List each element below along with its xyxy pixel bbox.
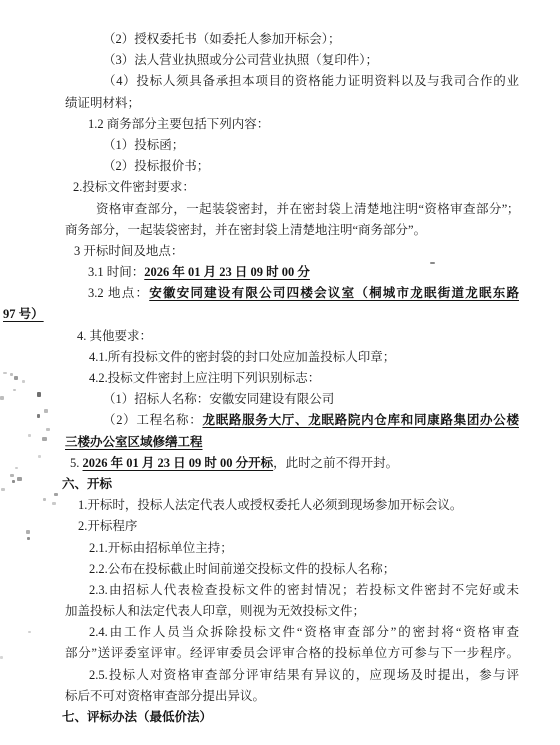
doc-line: 2.5.投标人对资格审查部分评审结果有异议的，应现场及时提出，参与评 bbox=[0, 665, 560, 686]
doc-line: 标后不可对资格审查部分提出异议。 bbox=[0, 686, 560, 707]
field-label: 3.2 地点： bbox=[88, 286, 149, 300]
doc-line: 绩证明材料； bbox=[0, 93, 560, 114]
doc-line: 加盖投标人和法定代表人印章，则视为无效投标文件； bbox=[0, 601, 560, 622]
scan-noise bbox=[52, 502, 56, 505]
doc-line: 2.投标文件密封要求： bbox=[0, 177, 560, 198]
doc-line: 2.2.公布在投标截止时间前递交投标文件的投标人名称； bbox=[0, 559, 560, 580]
doc-line-open-deadline: 5. 2026 年 01 月 23 日 09 时 00 分开标，此时之前不得开封… bbox=[0, 453, 560, 474]
scan-noise bbox=[28, 434, 31, 437]
field-label: 3.1 时间： bbox=[88, 265, 144, 279]
scan-noise bbox=[0, 396, 4, 400]
document-page: { "page": { "background": "#ffffff", "te… bbox=[0, 0, 560, 745]
scan-noise bbox=[43, 498, 46, 501]
doc-line: （1）投标函； bbox=[0, 135, 560, 156]
scan-noise bbox=[430, 262, 435, 264]
doc-line-open-place: 3.2 地点：安徽安同建设有限公司四楼会议室（桐城市龙眠街道龙眠东路 bbox=[0, 283, 560, 304]
scan-noise bbox=[10, 474, 14, 477]
doc-line-open-time: 3.1 时间：2026 年 01 月 23 日 09 时 00 分 bbox=[0, 262, 560, 283]
doc-line: 4. 其他要求： bbox=[0, 326, 560, 347]
doc-line: 2.1.开标由招标单位主持； bbox=[0, 538, 560, 559]
open-deadline-value: 2026 年 01 月 23 日 09 时 00 分开标 bbox=[83, 456, 274, 470]
scan-noise bbox=[28, 631, 31, 633]
scan-noise bbox=[10, 373, 13, 376]
scan-noise bbox=[46, 428, 50, 431]
scan-noise bbox=[1, 488, 5, 491]
doc-line: 4.1.所有投标文件的密封袋的封口处应加盖投标人印章； bbox=[0, 347, 560, 368]
scan-noise bbox=[22, 380, 25, 383]
doc-line: 1.开标时，投标人法定代表人或授权委托人必须到现场参加开标会议。 bbox=[0, 495, 560, 516]
doc-line: 4.2.投标文件密封上应注明下列识别标志： bbox=[0, 368, 560, 389]
scan-noise bbox=[44, 409, 48, 413]
scan-noise bbox=[15, 467, 18, 469]
doc-line: （2）投标报价书； bbox=[0, 156, 560, 177]
doc-line: 三楼办公室区域修缮工程 bbox=[0, 432, 560, 453]
scan-noise bbox=[3, 372, 7, 374]
doc-line: （4）投标人须具备承担本项目的资格能力证明资料以及与我司合作的业 bbox=[0, 71, 560, 92]
project-name-value-cont: 三楼办公室区域修缮工程 bbox=[65, 435, 203, 449]
doc-text: ，此时之前不得开封。 bbox=[273, 456, 398, 470]
scan-noise bbox=[54, 493, 58, 496]
doc-line: 1.2 商务部分主要包括下列内容： bbox=[0, 114, 560, 135]
scan-noise bbox=[37, 414, 40, 418]
doc-line: 2.3.由招标人代表检查投标文件的密封情况；若投标文件密封不完好或未 bbox=[0, 580, 560, 601]
doc-line: 2.4.由工作人员当众拆除投标文件“资格审查部分”的密封将“资格审查 bbox=[0, 622, 560, 643]
scan-noise bbox=[14, 376, 18, 380]
doc-line: 商务部分，一起装袋密封，并在密封袋上清楚地注明“商务部分”。 bbox=[0, 220, 560, 241]
doc-line: 部分”送评委室评审。经评审委员会评审合格的投标单位方可参与下一步程序。 bbox=[0, 643, 560, 664]
section-heading-open-bid: 六、开标 bbox=[0, 474, 560, 495]
scan-noise bbox=[13, 389, 16, 391]
field-label: （2）工程名称： bbox=[103, 413, 202, 427]
open-place-value: 安徽安同建设有限公司四楼会议室（桐城市龙眠街道龙眠东路 bbox=[149, 286, 519, 300]
scan-noise bbox=[42, 437, 47, 441]
scan-noise bbox=[0, 656, 3, 659]
list-number: 5. bbox=[70, 456, 79, 470]
section-heading-evaluation: 七、评标办法（最低价法） bbox=[0, 707, 560, 728]
doc-line: （2）授权委托书（如委托人参加开标会）； bbox=[0, 29, 560, 50]
doc-line-project-name: （2）工程名称：龙眠路服务大厅、龙眠路院内仓库和同康路集团办公楼 bbox=[0, 410, 560, 431]
scan-noise bbox=[17, 477, 22, 481]
scan-noise bbox=[37, 392, 41, 397]
document-body: （2）授权委托书（如委托人参加开标会）； （3）法人营业执照或分公司营业执照（复… bbox=[0, 29, 560, 728]
doc-line: 资格审查部分，一起装袋密封，并在密封袋上清楚地注明“资格审查部分”； bbox=[0, 199, 560, 220]
project-name-value: 龙眠路服务大厅、龙眠路院内仓库和同康路集团办公楼 bbox=[202, 413, 519, 427]
scan-noise bbox=[38, 455, 41, 458]
doc-line: （1）招标人名称：安徽安同建设有限公司 bbox=[0, 389, 560, 410]
open-time-value: 2026 年 01 月 23 日 09 时 00 分 bbox=[144, 265, 310, 279]
scan-noise bbox=[27, 537, 30, 540]
doc-line: 2.开标程序 bbox=[0, 516, 560, 537]
open-place-value-cont: 97 号） bbox=[3, 307, 44, 321]
doc-line: （3）法人营业执照或分公司营业执照（复印件）； bbox=[0, 50, 560, 71]
doc-line: 3 开标时间及地点： bbox=[0, 241, 560, 262]
scan-noise bbox=[12, 480, 15, 483]
doc-line: 97 号） bbox=[0, 304, 560, 325]
scan-noise bbox=[26, 530, 30, 534]
